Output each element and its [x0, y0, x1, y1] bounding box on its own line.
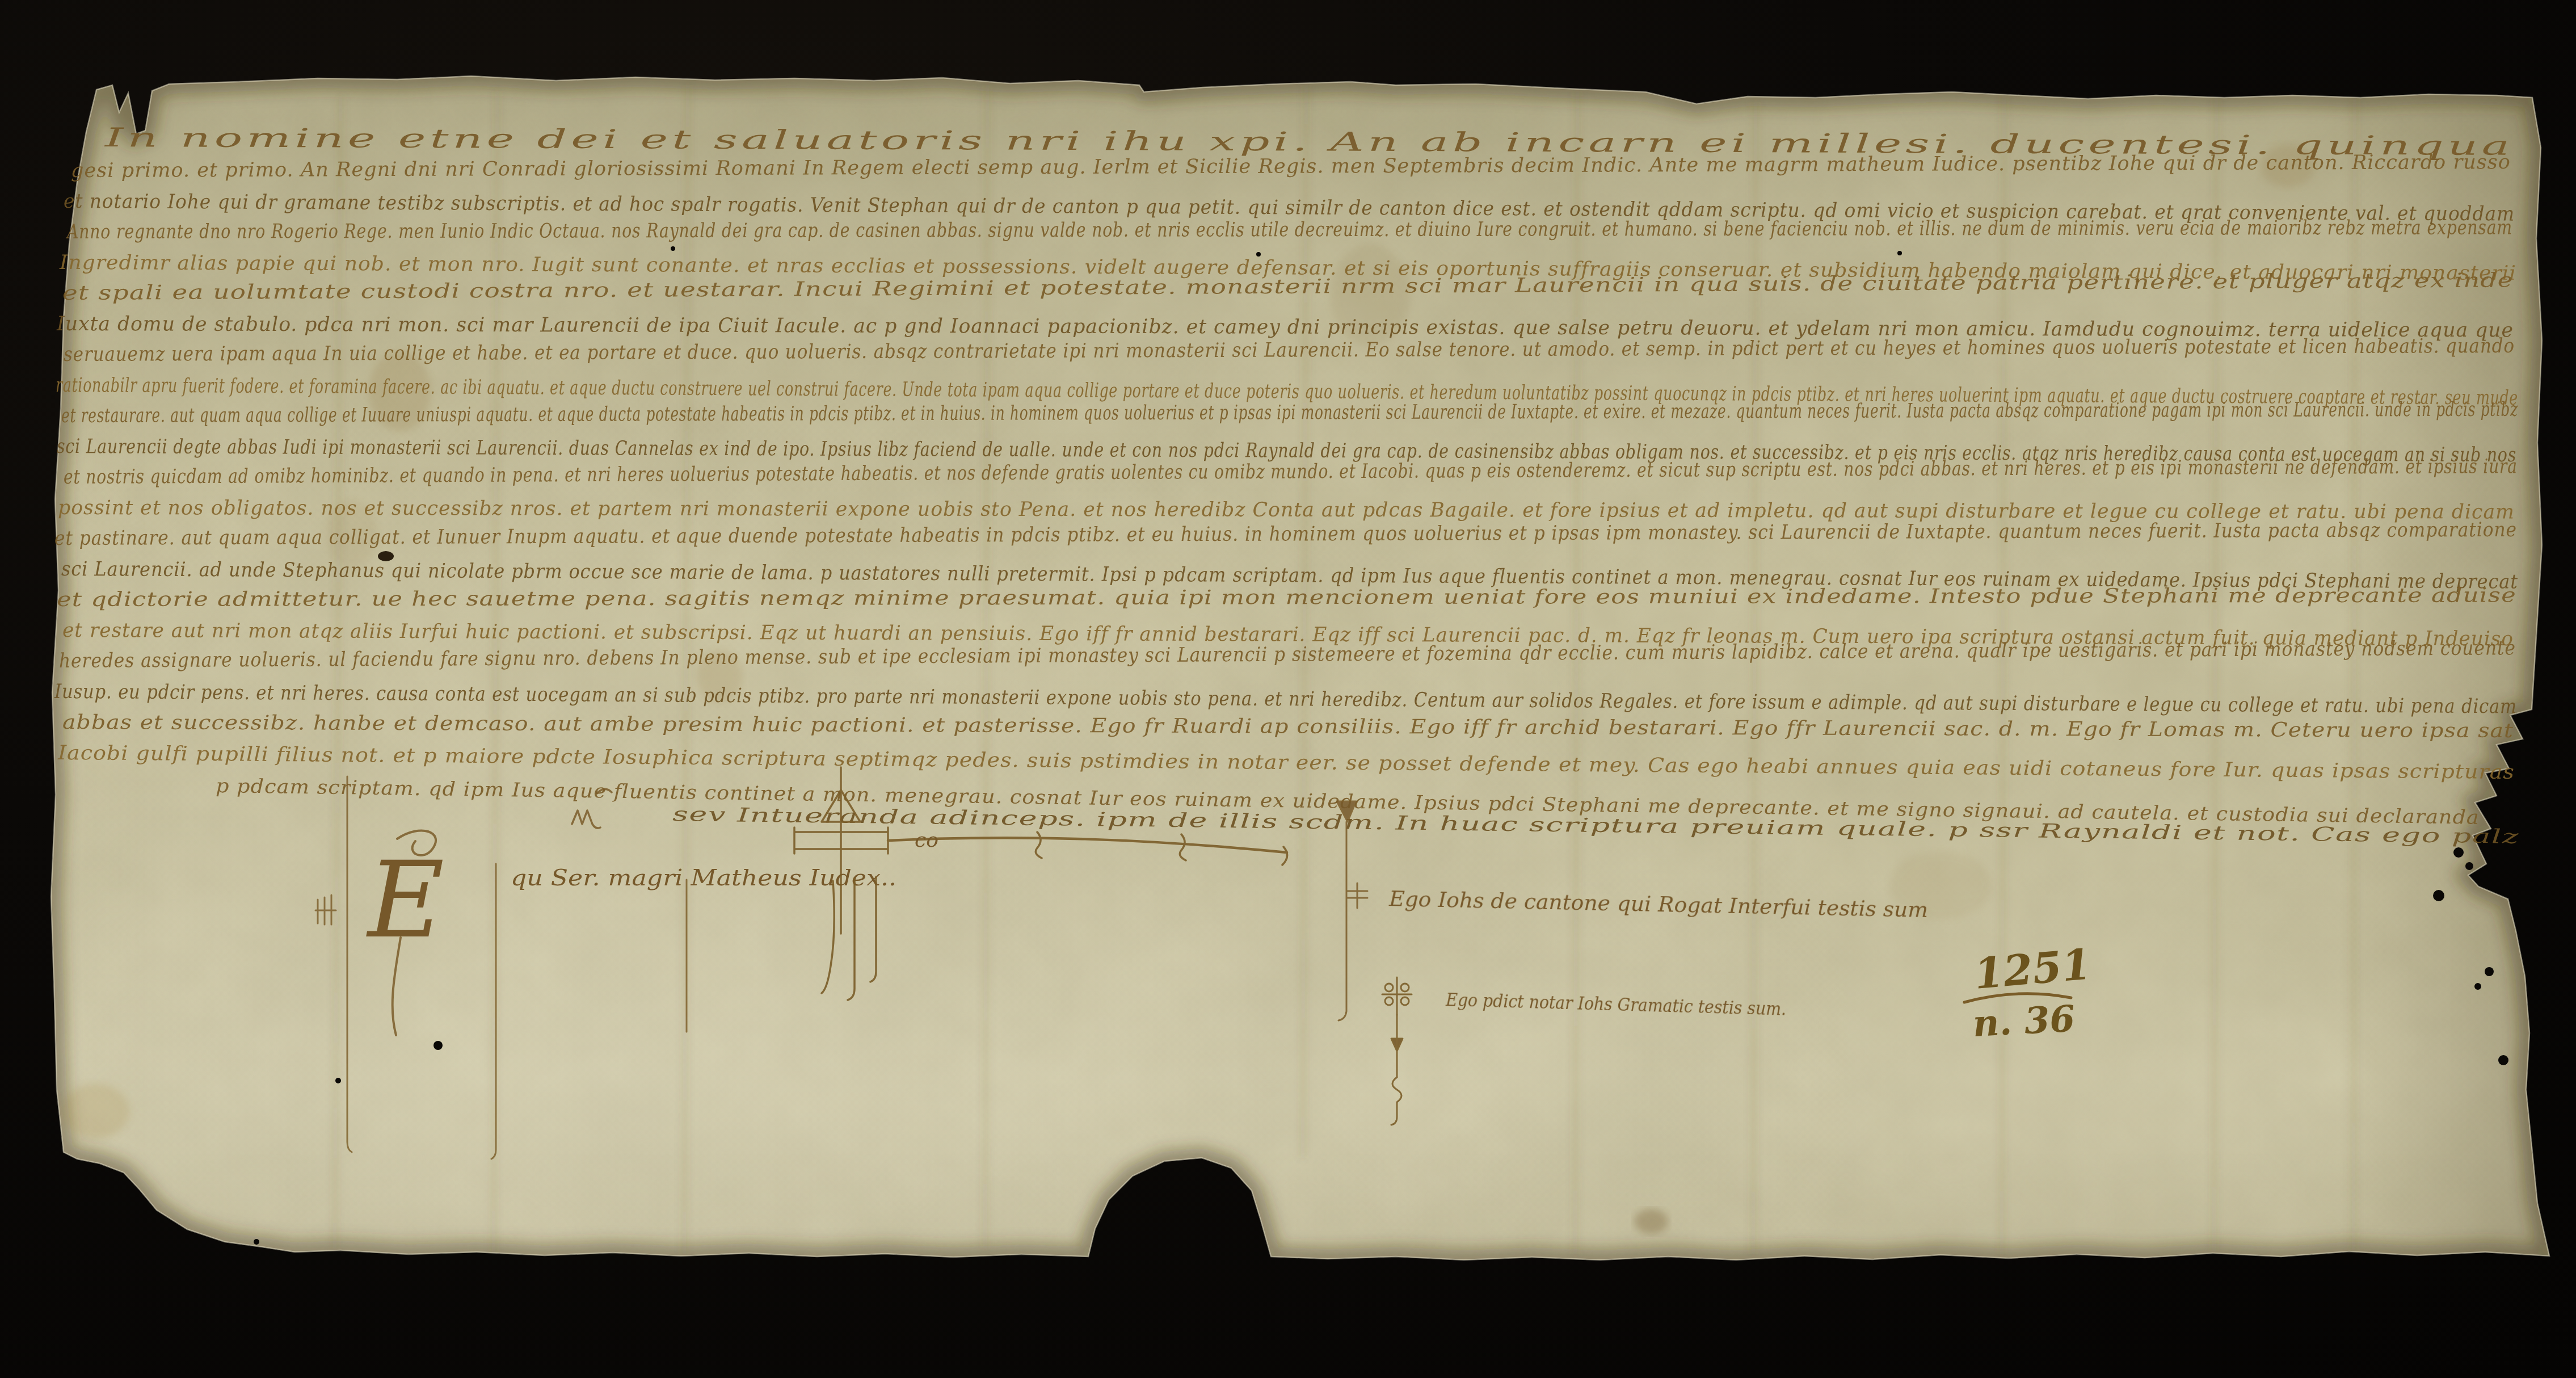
parchment-photo: In nomine etne dei et saluatoris nri ihu… [0, 0, 2576, 1378]
signature-text: qu Ser. magri Matheus Iudex.. [511, 865, 896, 891]
photo-stage: In nomine etne dei et saluatoris nri ihu… [0, 0, 2576, 1378]
rule-letters: co [915, 829, 938, 852]
manuscript-line: et qdictorie admittetur. ue hec sauetme … [57, 584, 2516, 611]
archival-number: n. 36 [1972, 998, 2076, 1045]
archival-year: 1251 [1972, 940, 2093, 999]
manuscript-line: Anno regnante dno nro Rogerio Rege. men … [66, 216, 2512, 243]
signature-initial: E [366, 839, 444, 961]
